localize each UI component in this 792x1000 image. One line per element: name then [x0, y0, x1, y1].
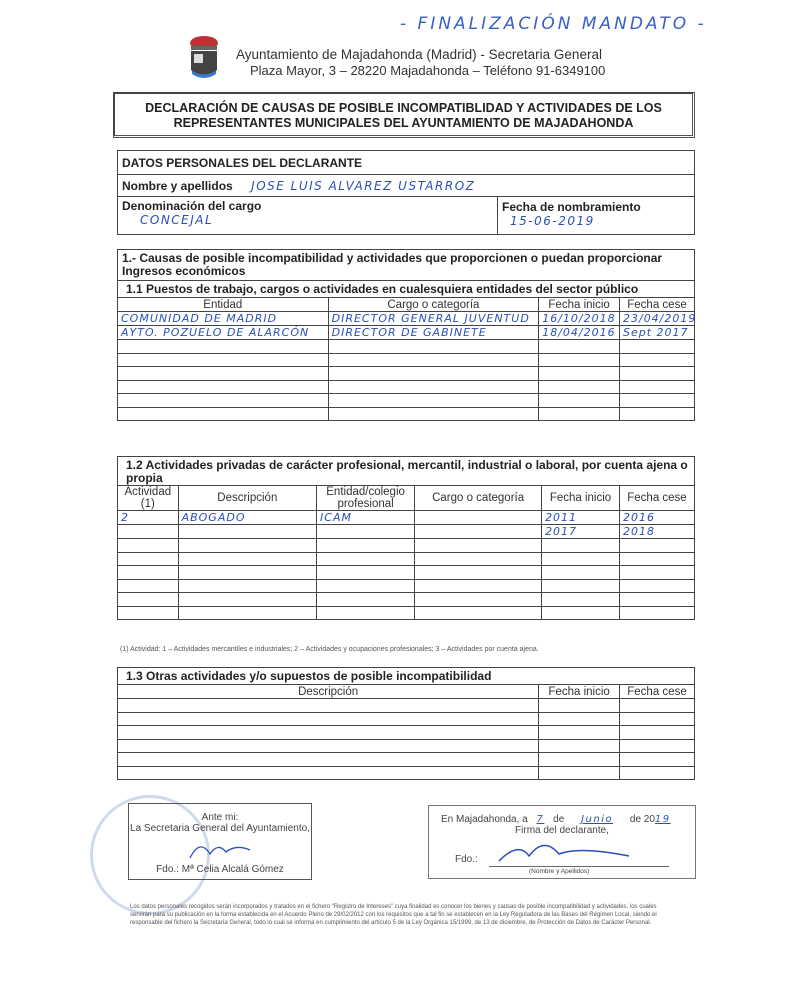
- table-1-2-cell[interactable]: [415, 606, 542, 620]
- section-1-1-heading: 1.1 Puestos de trabajo, cargos o activid…: [117, 280, 695, 297]
- table-1-3-cell[interactable]: [118, 753, 539, 767]
- table-1-3-cell[interactable]: [619, 699, 694, 713]
- table-1-2-cell[interactable]: [415, 593, 542, 607]
- table-1-1: EntidadCargo o categoríaFecha inicioFech…: [117, 297, 695, 421]
- table-row: [118, 766, 695, 780]
- table-1-2-cell[interactable]: [317, 525, 415, 539]
- table-1-2-cell[interactable]: [178, 606, 316, 620]
- table-1-3-cell[interactable]: [619, 726, 694, 740]
- table-row: [118, 739, 695, 753]
- declarant-signature-box[interactable]: En Majadahonda, a 7 de Junio de 2019 Fir…: [428, 805, 696, 879]
- table-1-1-cell[interactable]: [118, 407, 329, 421]
- table-1-2-cell[interactable]: [542, 606, 620, 620]
- table-row: [118, 552, 695, 566]
- section-1: 1.- Causas de posible incompatibilidad y…: [117, 249, 695, 421]
- table-1-1-cell[interactable]: [328, 353, 539, 367]
- title-line-1: DECLARACIÓN DE CAUSAS DE POSIBLE INCOMPA…: [115, 101, 692, 116]
- coat-of-arms-icon: [187, 34, 221, 84]
- table-1-1-cell[interactable]: [328, 380, 539, 394]
- secretary-signature-box: Ante mi: La Secretaria General del Ayunt…: [128, 803, 312, 880]
- table-1-2-cell[interactable]: [178, 525, 316, 539]
- fdo-label: Fdo.:: [455, 854, 478, 865]
- table-1-2-cell[interactable]: [178, 539, 316, 553]
- table-1-2-cell[interactable]: [118, 539, 179, 553]
- table-1-2-cell[interactable]: [415, 525, 542, 539]
- fecha-nombramiento-field[interactable]: Fecha de nombramiento 15-06-2019: [498, 197, 694, 234]
- table-row: [118, 606, 695, 620]
- cargo-field[interactable]: Denominación del cargo CONCEJAL: [118, 197, 498, 234]
- table-1-2-cell[interactable]: [542, 566, 620, 580]
- table-1-2-cell[interactable]: [178, 593, 316, 607]
- personal-data-section: DATOS PERSONALES DEL DECLARANTE Nombre y…: [117, 150, 695, 235]
- secretary-title: La Secretaria General del Ayuntamiento,: [129, 823, 311, 834]
- table-1-3-cell[interactable]: [539, 739, 620, 753]
- table-1-2-col-header: Descripción: [178, 486, 316, 511]
- table-1-2-cell[interactable]: [415, 566, 542, 580]
- table-1-1-cell[interactable]: [328, 394, 539, 408]
- table-1-1-cell[interactable]: [118, 394, 329, 408]
- table-1-2-cell[interactable]: [415, 539, 542, 553]
- table-1-2-cell[interactable]: [317, 566, 415, 580]
- table-1-2-cell[interactable]: [619, 552, 694, 566]
- date-day: 7: [531, 814, 551, 825]
- table-1-1-cell[interactable]: [118, 380, 329, 394]
- handwritten-annotation: - FINALIZACIÓN MANDATO -: [400, 14, 707, 34]
- table-1-1-cell[interactable]: [118, 353, 329, 367]
- table-1-3-cell[interactable]: [539, 766, 620, 780]
- table-1-2-cell[interactable]: [178, 552, 316, 566]
- table-1-1-cell[interactable]: [539, 394, 620, 408]
- table-1-1-cell[interactable]: [539, 407, 620, 421]
- personal-data-heading: DATOS PERSONALES DEL DECLARANTE: [122, 156, 362, 170]
- activity-footnote: (1) Actividad: 1 – Actividades mercantil…: [120, 646, 539, 653]
- table-1-2-col-header: Cargo o categoría: [415, 486, 542, 511]
- ante-mi-label: Ante mi:: [129, 812, 311, 823]
- table-1-2-cell[interactable]: [178, 579, 316, 593]
- date-month: Junio: [567, 814, 627, 825]
- table-1-1-cell[interactable]: [539, 340, 620, 354]
- secretary-name: Fdo.: Mª Celia Alcalá Gómez: [129, 864, 311, 875]
- table-row: [118, 380, 695, 394]
- table-1-1-cell[interactable]: DIRECTOR DE GABINETE: [328, 326, 539, 340]
- table-row: [118, 566, 695, 580]
- table-1-3-cell[interactable]: [539, 726, 620, 740]
- table-1-3-cell[interactable]: [118, 726, 539, 740]
- table-row: [118, 753, 695, 767]
- table-1-1-cell[interactable]: [619, 340, 694, 354]
- table-1-1-cell[interactable]: COMUNIDAD DE MADRID: [118, 312, 329, 326]
- table-row: [118, 367, 695, 381]
- table-1-2-cell[interactable]: [415, 511, 542, 525]
- table-1-2: Actividad (1)DescripciónEntidad/colegio …: [117, 485, 695, 620]
- table-1-1-cell[interactable]: [328, 340, 539, 354]
- table-1-2-cell[interactable]: ICAM: [317, 511, 415, 525]
- table-row: [118, 340, 695, 354]
- table-1-1-cell[interactable]: [539, 367, 620, 381]
- table-1-2-cell[interactable]: [118, 525, 179, 539]
- table-1-2-cell[interactable]: [317, 606, 415, 620]
- table-1-3-col-header: Fecha cese: [619, 685, 694, 699]
- section-1-3: 1.3 Otras actividades y/o supuestos de p…: [117, 667, 695, 780]
- table-1-3-cell[interactable]: [118, 712, 539, 726]
- table-1-2-cell[interactable]: [619, 566, 694, 580]
- table-1-1-cell[interactable]: [539, 380, 620, 394]
- table-1-2-cell[interactable]: [619, 593, 694, 607]
- section-1-heading: 1.- Causas de posible incompatibilidad y…: [117, 249, 695, 280]
- table-row: [118, 539, 695, 553]
- firma-label: Firma del declarante,: [429, 825, 695, 836]
- table-1-3-cell[interactable]: [539, 712, 620, 726]
- table-1-2-cell[interactable]: [619, 579, 694, 593]
- table-1-3: DescripciónFecha inicioFecha cese: [117, 684, 695, 780]
- header-address: Plaza Mayor, 3 – 28220 Majadahonda – Tel…: [250, 63, 605, 78]
- table-1-2-cell[interactable]: [542, 579, 620, 593]
- table-1-2-cell[interactable]: ABOGADO: [178, 511, 316, 525]
- table-1-3-col-header: Descripción: [118, 685, 539, 699]
- secretary-signature-icon: [180, 836, 260, 862]
- table-1-1-cell[interactable]: Sept 2017: [619, 326, 694, 340]
- table-1-1-cell[interactable]: [619, 380, 694, 394]
- table-1-1-cell[interactable]: AYTO. POZUELO DE ALARCÓN: [118, 326, 329, 340]
- table-row: [118, 726, 695, 740]
- table-row: [118, 353, 695, 367]
- table-1-2-cell[interactable]: [317, 539, 415, 553]
- de-label: de: [553, 814, 564, 825]
- table-row: [118, 593, 695, 607]
- table-1-1-col-header: Fecha cese: [619, 298, 694, 312]
- table-1-1-cell[interactable]: [619, 367, 694, 381]
- date-year: 19: [655, 814, 671, 825]
- table-1-2-col-header: Entidad/colegio profesional: [317, 486, 415, 511]
- table-1-2-cell[interactable]: [619, 606, 694, 620]
- table-1-3-cell[interactable]: [118, 766, 539, 780]
- table-1-2-cell[interactable]: [542, 539, 620, 553]
- table-1-1-cell[interactable]: [328, 407, 539, 421]
- legal-notice: Los datos personales recogidos serán inc…: [130, 903, 670, 927]
- table-1-1-col-header: Fecha inicio: [539, 298, 620, 312]
- table-1-3-cell[interactable]: [619, 712, 694, 726]
- table-row: COMUNIDAD DE MADRIDDIRECTOR GENERAL JUVE…: [118, 312, 695, 326]
- table-1-2-col-header: Fecha cese: [619, 486, 694, 511]
- table-1-2-cell[interactable]: 2011: [542, 511, 620, 525]
- name-hint: (Nombre y Apellidos): [529, 868, 589, 875]
- name-field[interactable]: Nombre y apellidos JOSE LUIS ALVAREZ UST…: [118, 175, 694, 197]
- table-1-2-cell[interactable]: [118, 566, 179, 580]
- section-1-3-heading: 1.3 Otras actividades y/o supuestos de p…: [117, 667, 695, 684]
- table-1-1-cell[interactable]: [619, 407, 694, 421]
- table-1-2-cell[interactable]: 2017: [542, 525, 620, 539]
- table-1-1-cell[interactable]: [118, 367, 329, 381]
- table-1-3-cell[interactable]: [539, 699, 620, 713]
- title-line-2: REPRESENTANTES MUNICIPALES DEL AYUNTAMIE…: [115, 116, 692, 131]
- table-1-3-cell[interactable]: [619, 766, 694, 780]
- cargo-label: Denominación del cargo: [122, 199, 493, 213]
- table-1-2-cell[interactable]: [118, 552, 179, 566]
- table-1-2-col-header: Actividad (1): [118, 486, 179, 511]
- table-1-2-cell[interactable]: [542, 593, 620, 607]
- table-1-2-cell[interactable]: [118, 593, 179, 607]
- table-1-2-cell[interactable]: [317, 579, 415, 593]
- table-1-2-cell[interactable]: [542, 552, 620, 566]
- table-1-3-cell[interactable]: [619, 739, 694, 753]
- name-value: JOSE LUIS ALVAREZ USTARROZ: [251, 179, 475, 193]
- table-1-1-col-header: Cargo o categoría: [328, 298, 539, 312]
- table-1-1-cell[interactable]: 18/04/2016: [539, 326, 620, 340]
- table-1-2-cell[interactable]: [415, 552, 542, 566]
- table-row: [118, 712, 695, 726]
- table-1-1-cell[interactable]: 16/10/2018: [539, 312, 620, 326]
- table-1-3-col-header: Fecha inicio: [539, 685, 620, 699]
- table-1-2-cell[interactable]: [118, 606, 179, 620]
- table-row: 20172018: [118, 525, 695, 539]
- table-1-2-cell[interactable]: [118, 579, 179, 593]
- table-1-3-cell[interactable]: [539, 753, 620, 767]
- table-row: AYTO. POZUELO DE ALARCÓNDIRECTOR DE GABI…: [118, 326, 695, 340]
- table-1-1-cell[interactable]: [619, 353, 694, 367]
- table-row: [118, 699, 695, 713]
- table-1-3-cell[interactable]: [118, 739, 539, 753]
- table-1-2-cell[interactable]: [317, 593, 415, 607]
- table-1-1-cell[interactable]: [118, 340, 329, 354]
- document-title: DECLARACIÓN DE CAUSAS DE POSIBLE INCOMPA…: [113, 92, 695, 138]
- table-1-2-cell[interactable]: [415, 579, 542, 593]
- table-1-2-cell[interactable]: [178, 566, 316, 580]
- fecha-nombramiento-value: 15-06-2019: [510, 214, 690, 228]
- table-1-1-col-header: Entidad: [118, 298, 329, 312]
- table-1-1-cell[interactable]: [328, 367, 539, 381]
- declarant-signature-icon: [489, 836, 639, 866]
- place-label: En Majadahonda, a: [441, 814, 528, 825]
- table-1-2-cell[interactable]: 2016: [619, 511, 694, 525]
- table-1-2-cell[interactable]: 2018: [619, 525, 694, 539]
- section-1-2-heading: 1.2 Actividades privadas de carácter pro…: [117, 456, 695, 485]
- table-1-1-cell[interactable]: 23/04/2019: [619, 312, 694, 326]
- table-1-2-cell[interactable]: [619, 539, 694, 553]
- table-1-3-cell[interactable]: [118, 699, 539, 713]
- date-line: En Majadahonda, a 7 de Junio de 2019: [441, 814, 695, 825]
- table-1-2-cell[interactable]: [317, 552, 415, 566]
- table-1-2-col-header: Fecha inicio: [542, 486, 620, 511]
- table-row: [118, 579, 695, 593]
- name-label: Nombre y apellidos: [122, 179, 233, 193]
- table-1-3-cell[interactable]: [619, 753, 694, 767]
- table-1-2-cell[interactable]: 2: [118, 511, 179, 525]
- table-1-1-cell[interactable]: DIRECTOR GENERAL JUVENTUD: [328, 312, 539, 326]
- table-row: 2ABOGADOICAM20112016: [118, 511, 695, 525]
- fecha-nombramiento-label: Fecha de nombramiento: [502, 200, 690, 214]
- table-1-1-cell[interactable]: [539, 353, 620, 367]
- header-title: Ayuntamiento de Majadahonda (Madrid) - S…: [236, 47, 602, 62]
- section-1-2: 1.2 Actividades privadas de carácter pro…: [117, 456, 695, 620]
- table-1-1-cell[interactable]: [619, 394, 694, 408]
- cargo-value: CONCEJAL: [140, 213, 493, 227]
- de-year-label: de 20: [630, 814, 655, 825]
- table-row: [118, 407, 695, 421]
- table-row: [118, 394, 695, 408]
